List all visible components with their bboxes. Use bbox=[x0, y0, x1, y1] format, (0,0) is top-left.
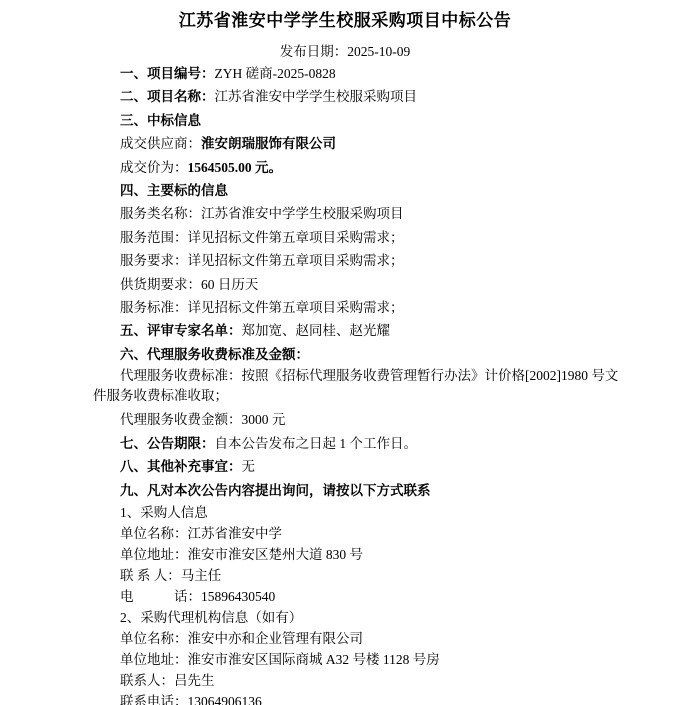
price-label: 成交价为： bbox=[120, 160, 188, 175]
line-delivery-period: 供货期要求：60 日历天 bbox=[93, 273, 650, 296]
project-number-label: 一、项目编号： bbox=[120, 66, 215, 81]
publish-date-value: 2025-10-09 bbox=[347, 44, 410, 59]
supplier-value: 淮安朗瑞服饰有限公司 bbox=[201, 136, 336, 151]
line-agency-fee-standard-1: 代理服务收费标准：按照《招标代理服务收费管理暂行办法》计价格[2002]1980… bbox=[93, 366, 650, 386]
project-name-value: 江苏省淮安中学学生校服采购项目 bbox=[215, 89, 418, 104]
line-supplier: 成交供应商：淮安朗瑞服饰有限公司 bbox=[93, 132, 650, 155]
line-agency-fee-amount: 代理服务收费金额：3000 元 bbox=[93, 408, 650, 431]
line-project-name: 二、项目名称：江苏省淮安中学学生校服采购项目 bbox=[93, 85, 650, 108]
line-experts: 五、评审专家名单：郑加宽、赵同桂、赵光耀 bbox=[93, 319, 650, 342]
price-value: 1564505.00 元。 bbox=[188, 160, 283, 175]
purchaser-contact-person: 联 系 人：马主任 bbox=[93, 565, 650, 586]
experts-label: 五、评审专家名单： bbox=[120, 323, 242, 338]
notice-period-label: 七、公告期限： bbox=[120, 436, 215, 451]
heading-subject-info: 四、主要标的信息 bbox=[93, 179, 650, 202]
line-project-number: 一、项目编号：ZYH 磋商-2025-0828 bbox=[93, 62, 650, 85]
project-name-label: 二、项目名称： bbox=[120, 89, 215, 104]
experts-value: 郑加宽、赵同桂、赵光耀 bbox=[242, 323, 391, 338]
announcement-page: 江苏省淮安中学学生校服采购项目中标公告 发布日期：2025-10-09 一、项目… bbox=[0, 0, 690, 705]
agency-address: 单位地址：淮安市淮安区国际商城 A32 号楼 1128 号房 bbox=[93, 649, 650, 670]
agency-phone: 联系电话：13064906136 bbox=[93, 691, 650, 705]
purchaser-address: 单位地址：淮安市淮安区楚州大道 830 号 bbox=[93, 544, 650, 565]
other-matters-value: 无 bbox=[242, 459, 256, 474]
notice-period-value: 自本公告发布之日起 1 个工作日。 bbox=[215, 436, 418, 451]
purchaser-phone: 电 话：15896430540 bbox=[93, 586, 650, 607]
agency-name: 单位名称：淮安中亦和企业管理有限公司 bbox=[93, 628, 650, 649]
page-title: 江苏省淮安中学学生校服采购项目中标公告 bbox=[0, 6, 690, 31]
line-service-name: 服务类名称：江苏省淮安中学学生校服采购项目 bbox=[93, 202, 650, 225]
heading-agency-fee: 六、代理服务收费标准及金额： bbox=[93, 343, 650, 366]
line-agency-fee-standard-2: 件服务收费标准收取； bbox=[93, 386, 650, 406]
line-service-standard: 服务标准：详见招标文件第五章项目采购需求； bbox=[93, 296, 650, 319]
publish-date-line: 发布日期：2025-10-09 bbox=[0, 40, 690, 60]
document-body: 一、项目编号：ZYH 磋商-2025-0828 二、项目名称：江苏省淮安中学学生… bbox=[93, 62, 650, 705]
purchaser-name: 单位名称：江苏省淮安中学 bbox=[93, 523, 650, 544]
line-service-scope: 服务范围：详见招标文件第五章项目采购需求； bbox=[93, 226, 650, 249]
purchaser-heading: 1、采购人信息 bbox=[93, 502, 650, 523]
heading-award-info: 三、中标信息 bbox=[93, 109, 650, 132]
line-notice-period: 七、公告期限：自本公告发布之日起 1 个工作日。 bbox=[93, 432, 650, 455]
agency-contact-person: 联系人：吕先生 bbox=[93, 670, 650, 691]
line-service-requirement: 服务要求：详见招标文件第五章项目采购需求； bbox=[93, 249, 650, 272]
publish-date-label: 发布日期： bbox=[280, 44, 348, 59]
agency-heading: 2、采购代理机构信息（如有） bbox=[93, 607, 650, 628]
heading-contact: 九、凡对本次公告内容提出询问，请按以下方式联系 bbox=[93, 479, 650, 502]
supplier-label: 成交供应商： bbox=[120, 136, 201, 151]
project-number-value: ZYH 磋商-2025-0828 bbox=[215, 66, 336, 81]
line-other-matters: 八、其他补充事宜：无 bbox=[93, 455, 650, 478]
other-matters-label: 八、其他补充事宜： bbox=[120, 459, 242, 474]
line-price: 成交价为：1564505.00 元。 bbox=[93, 156, 650, 179]
